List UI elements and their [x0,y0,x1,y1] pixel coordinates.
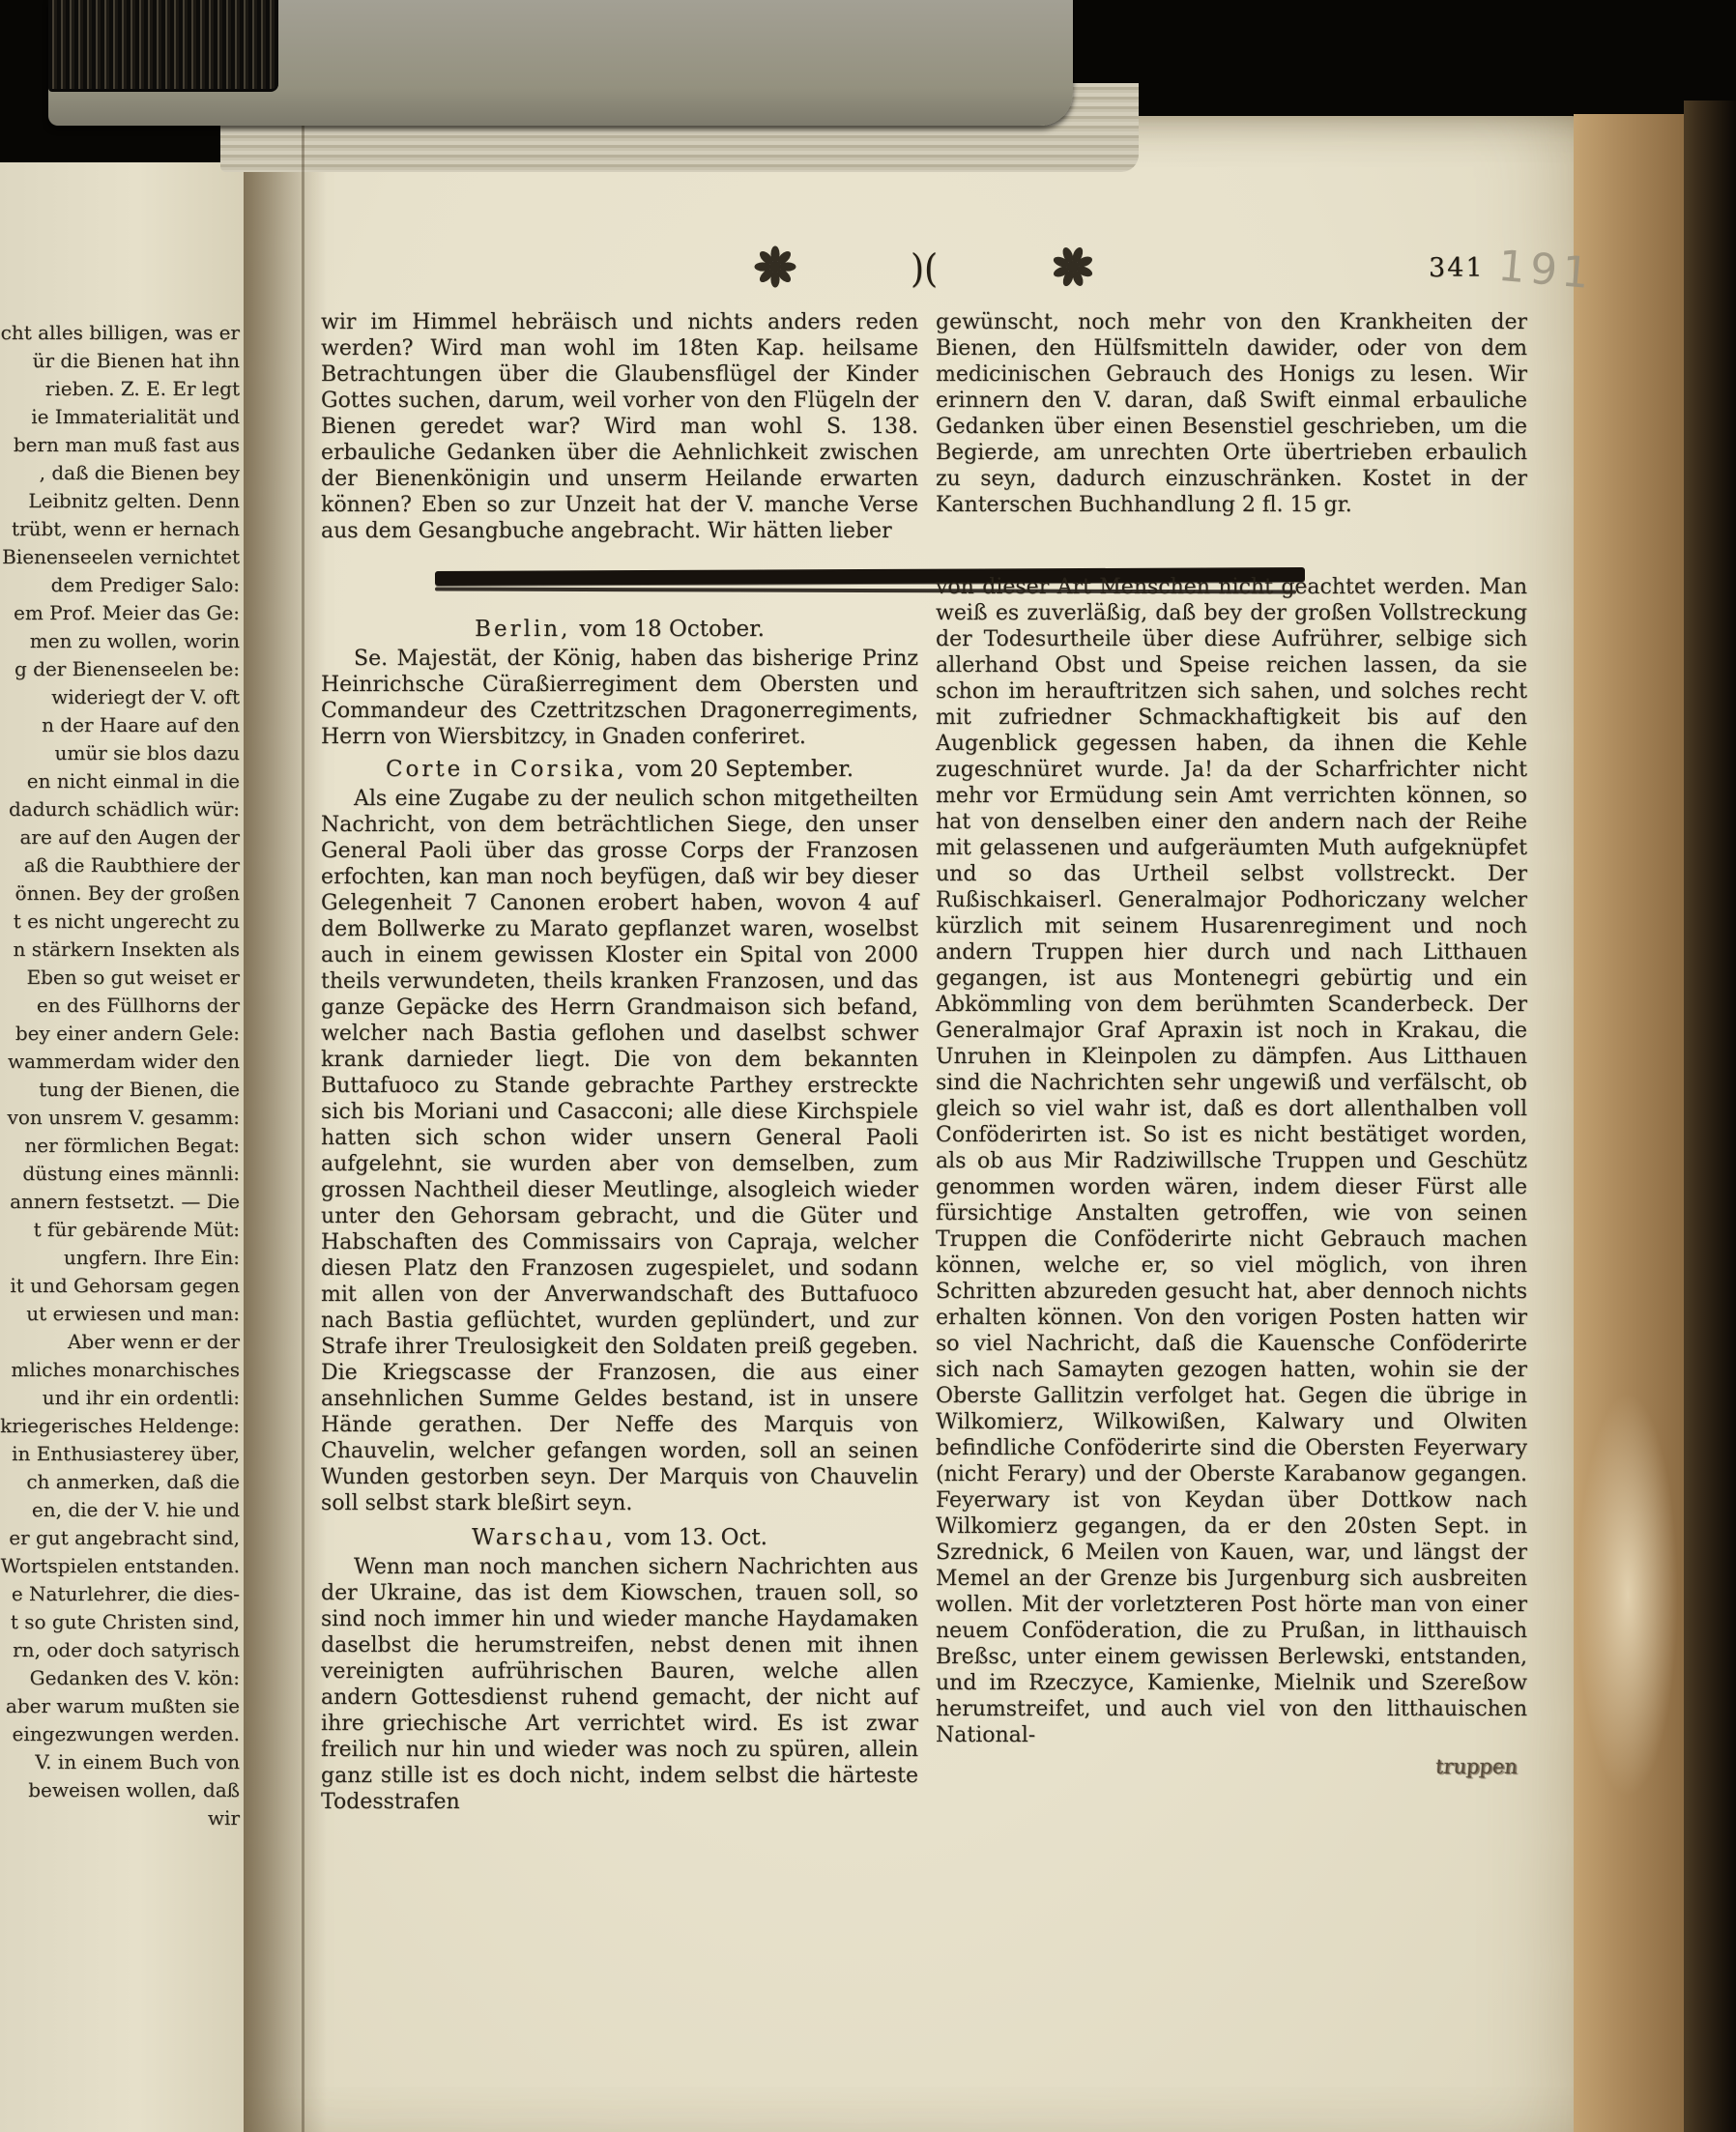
previous-page-fragment-column: cht alles billigen, was er ür die Bienen… [0,319,240,1832]
book-headband [48,0,278,92]
heading-warschau: Warschau,vom 13. Oct. [321,1524,918,1551]
gutter-shadow [244,116,327,2132]
heading-place: Warschau, [472,1525,616,1550]
warschau-paragraph: Wenn man noch manchen sichern Nachrichte… [321,1554,918,1815]
heading-date: vom 13. Oct. [624,1525,767,1550]
catchword: truppen [935,1754,1528,1780]
news-continuation: von dieser Art Menschen nicht geachtet w… [936,574,1527,1748]
corte-paragraph: Als eine Zugabe zu der neulich schon mit… [321,786,918,1516]
header-ornaments: )( [752,240,1096,298]
heading-berlin: Berlin,vom 18 October. [321,616,918,643]
review-continuation-right: gewünscht, noch mehr von den Krankheiten… [936,309,1527,518]
page-number: 341 [1429,253,1485,283]
heading-date: vom 18 October. [579,617,764,642]
heading-date: vom 20 September. [636,757,854,782]
page-edge-stack-right [1574,114,1686,2132]
page-fold-line [302,124,304,2132]
berlin-paragraph: Se. Majestät, der König, haben das bishe… [321,646,918,750]
heading-corte: Corte in Corsika,vom 20 September. [321,756,918,783]
rosette-ornament-icon [752,244,798,294]
rosette-ornament-icon [1050,244,1096,294]
page-edge-stain [1577,1392,1678,1798]
parentheses-ornament: )( [911,246,938,291]
heading-place: Corte in Corsika, [386,757,627,782]
heading-place: Berlin, [475,617,570,642]
left-text-column: wir im Himmel hebräisch und nichts ander… [321,309,918,1815]
right-text-column: gewünscht, noch mehr von den Krankheiten… [936,309,1527,1780]
pencil-annotation: 191 [1496,242,1596,299]
book-edge-dark [1684,101,1736,2132]
review-continuation-left: wir im Himmel hebräisch und nichts ander… [321,309,918,544]
scanned-page: )( 341 191 cht alles billigen, was er ür… [0,0,1736,2132]
